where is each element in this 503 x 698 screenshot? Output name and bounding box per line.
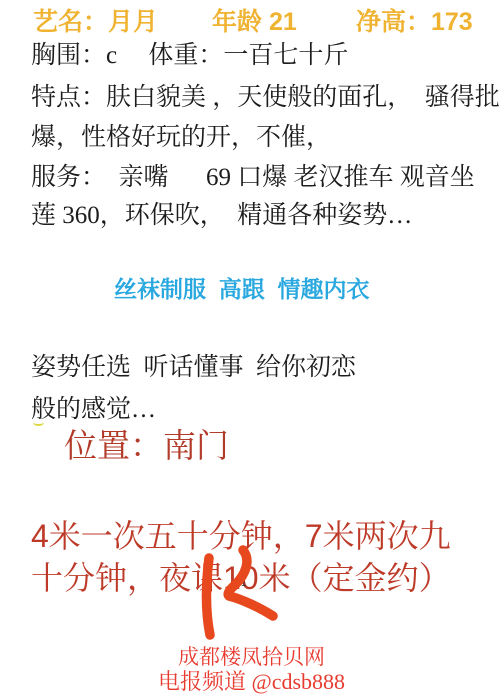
description-line-2: 般的感觉… (31, 396, 156, 425)
outfits-highlight: 丝袜制服 高跟 情趣内衣 (114, 276, 370, 302)
stage-name-label: 艺名：月月 (33, 8, 158, 37)
age-label: 年龄 21 (212, 8, 297, 37)
yellow-squiggle-artifact (33, 419, 44, 426)
pricing-line-1: 4米一次五十分钟，7米两次九 (31, 518, 451, 555)
measurements-line: 胸围：c 体重：一百七十斤 (31, 42, 348, 71)
footer-telegram-channel: 电报频道 @cdsb888 (0, 665, 503, 696)
description-line-1: 姿势任选 听话懂事 给你初恋 (31, 354, 356, 383)
services-line-2: 莲 360，环保吹， 精通各种姿势… (31, 202, 412, 231)
services-line-1: 服务： 亲嘴 69 口爆 老汉推车 观音坐 (31, 164, 475, 193)
height-label: 净高：173 (356, 8, 473, 37)
features-line-2: 爆，性格好玩的开，不催， (31, 124, 331, 153)
tiny-superscript-digit: 1 (241, 578, 247, 589)
location-line: 位置：南门 (64, 427, 229, 465)
features-line-1: 特点：肤白貌美 ，天使般的面孔， 骚得批 (31, 84, 500, 113)
flyer-page: 艺名：月月 年龄 21 净高：173 胸围：c 体重：一百七十斤 特点：肤白貌美… (0, 0, 503, 698)
